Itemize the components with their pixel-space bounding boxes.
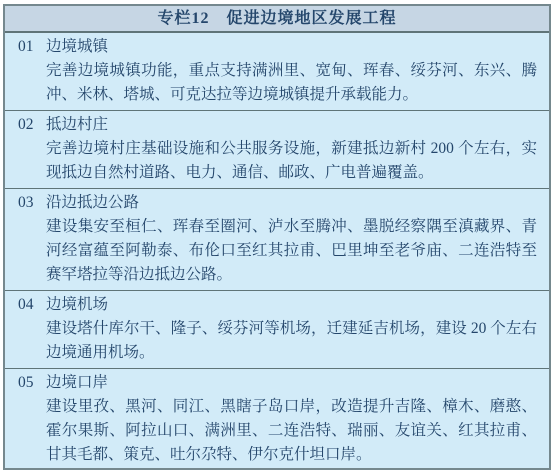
section-heading-line: 03沿边抵边公路 — [18, 191, 539, 215]
section-number: 04 — [18, 293, 46, 317]
section-heading-line: 02抵边村庄 — [18, 113, 539, 137]
section-description: 完善边境城镇功能，重点支持满洲里、宽甸、珲春、绥芬河、东兴、腾冲、米林、塔城、可… — [46, 59, 537, 107]
section-heading: 抵边村庄 — [46, 116, 108, 133]
section-heading: 边境城镇 — [46, 38, 108, 55]
section-description: 完善边境村庄基础设施和公共服务设施，新建抵边新村 200 个左右，实现抵边自然村… — [46, 137, 537, 185]
table-title: 专栏12 促进边境地区发展工程 — [5, 6, 549, 33]
section-row-04: 04边境机场 建设塔什库尔干、隆子、绥芬河等机场，迁建延吉机场，建设 20 个左… — [5, 291, 549, 369]
section-heading-line: 05边境口岸 — [18, 371, 539, 395]
boxed-column-table: 专栏12 促进边境地区发展工程 01边境城镇 完善边境城镇功能，重点支持满洲里、… — [3, 4, 551, 470]
section-heading: 边境口岸 — [46, 374, 108, 391]
section-heading-line: 04边境机场 — [18, 293, 539, 317]
section-heading-line: 01边境城镇 — [18, 35, 539, 59]
section-row-05: 05边境口岸 建设里孜、黑河、同江、黑瞎子岛口岸，改造提升吉隆、樟木、磨憨、霍尔… — [5, 369, 549, 470]
section-number: 02 — [18, 113, 46, 137]
section-number: 03 — [18, 191, 46, 215]
section-heading: 沿边抵边公路 — [46, 194, 139, 211]
section-description: 建设塔什库尔干、隆子、绥芬河等机场，迁建延吉机场，建设 20 个左右边境通用机场… — [46, 317, 537, 365]
section-number: 05 — [18, 371, 46, 395]
section-row-03: 03沿边抵边公路 建设集安至桓仁、珲春至圈河、泸水至腾冲、墨脱经察隅至滇藏界、青… — [5, 189, 549, 291]
section-row-01: 01边境城镇 完善边境城镇功能，重点支持满洲里、宽甸、珲春、绥芬河、东兴、腾冲、… — [5, 33, 549, 111]
section-heading: 边境机场 — [46, 296, 108, 313]
section-description: 建设集安至桓仁、珲春至圈河、泸水至腾冲、墨脱经察隅至滇藏界、青河经富蕴至阿勒泰、… — [46, 215, 537, 287]
section-description: 建设里孜、黑河、同江、黑瞎子岛口岸，改造提升吉隆、樟木、磨憨、霍尔果斯、阿拉山口… — [46, 395, 537, 467]
section-row-02: 02抵边村庄 完善边境村庄基础设施和公共服务设施，新建抵边新村 200 个左右，… — [5, 111, 549, 189]
section-number: 01 — [18, 35, 46, 59]
